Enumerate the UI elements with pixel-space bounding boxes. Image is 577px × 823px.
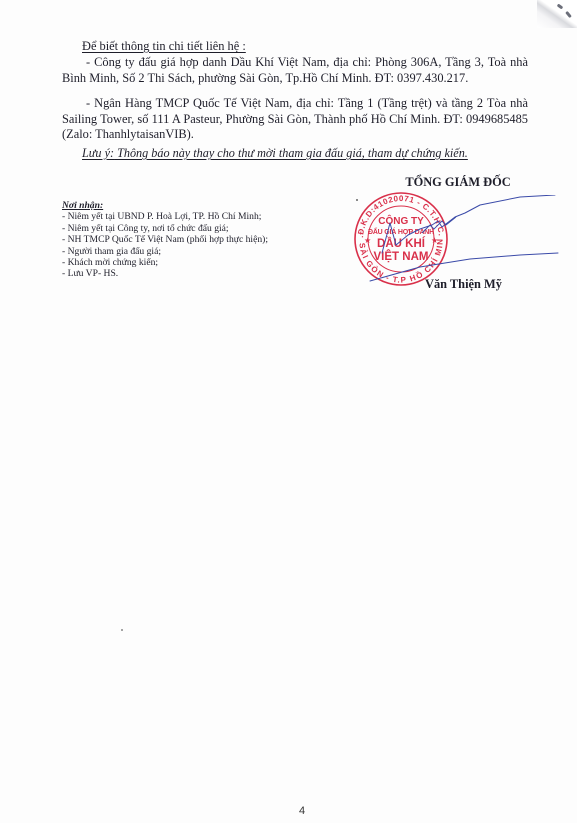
page-corner-fold [537,0,577,28]
recipient-item: - Người tham gia đấu giá; [62,246,268,257]
contact-paragraph-company: - Công ty đấu giá hợp danh Dầu Khí Việt … [62,55,528,86]
staple-mark [557,4,564,10]
note: Lưu ý: Thông báo này thay cho thư mời th… [82,146,468,161]
recipient-item: - Niêm yết tại UBND P. Hoà Lợi, TP. Hồ C… [62,211,268,222]
contact-paragraph-text: - Ngân Hàng TMCP Quốc Tế Việt Nam, địa c… [62,96,528,141]
speck [356,199,358,201]
recipient-item: - NH TMCP Quốc Tế Việt Nam (phối hợp thự… [62,234,268,245]
speck [121,629,123,631]
recipient-item: - Lưu VP- HS. [62,268,268,279]
recipients-block: Nơi nhận: - Niêm yết tại UBND P. Hoà Lợi… [62,200,268,280]
note-label: Lưu ý: [82,146,114,160]
signer-title: TỔNG GIÁM ĐỐC [398,175,518,190]
handwritten-signature [360,195,560,285]
recipients-title: Nơi nhận: [62,200,268,211]
signer-name: Văn Thiện Mỹ [425,277,502,292]
contact-paragraph-bank: - Ngân Hàng TMCP Quốc Tế Việt Nam, địa c… [62,96,528,143]
note-text: Thông báo này thay cho thư mời tham gia … [114,146,468,160]
contact-paragraph-text: - Công ty đấu giá hợp danh Dầu Khí Việt … [62,55,528,85]
recipient-item: - Khách mời chứng kiến; [62,257,268,268]
document-page: Để biết thông tin chi tiết liên hệ : - C… [0,0,577,823]
recipient-item: - Niêm yết tại Công ty, nơi tổ chức đấu … [62,223,268,234]
page-number: 4 [299,805,305,817]
contact-heading: Để biết thông tin chi tiết liên hệ : [82,39,246,54]
staple-mark [565,11,572,18]
